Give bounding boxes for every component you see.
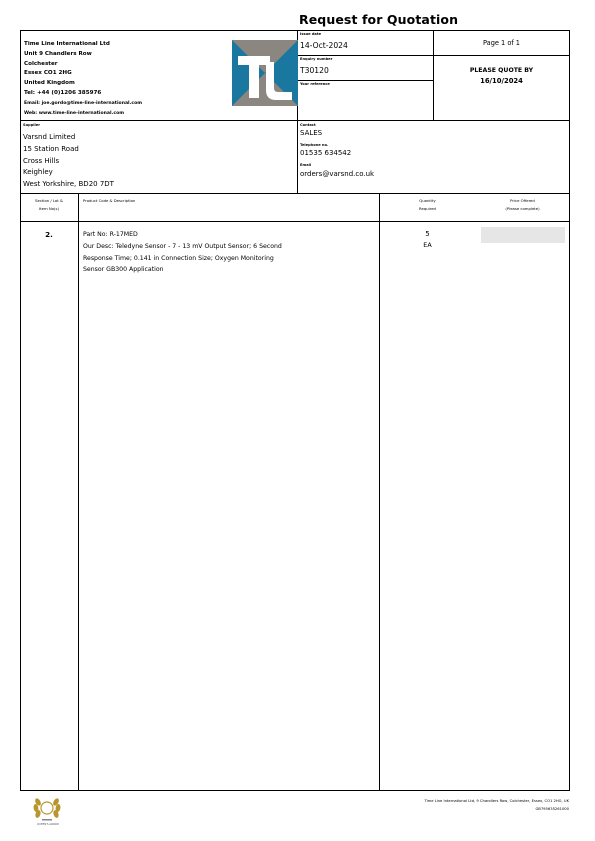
tl-logo-icon: [232, 40, 298, 106]
your-reference-label: Your reference: [300, 82, 330, 86]
description-line: Sensor GB300 Application: [83, 264, 373, 276]
table-header-divider: [20, 221, 570, 222]
email-value: orders@varsnd.co.uk: [300, 170, 374, 178]
items-table: [20, 193, 570, 791]
header-price-offered: Price Offered (Please complete): [475, 197, 570, 212]
item-unit: EA: [390, 241, 465, 249]
footer-address: Time Line International Ltd, 9 Chandlers…: [424, 797, 569, 805]
header-section-lot: Section / Lot & Item No(s): [20, 197, 78, 212]
part-number: Part No: R-17MED: [83, 229, 373, 241]
item-description: Part No: R-17MED Our Desc: Teledyne Sens…: [83, 229, 373, 276]
issuer-line: United Kingdom: [24, 79, 142, 89]
page-indicator: Page 1 of 1: [433, 39, 570, 47]
issuer-email: Email: joe.gordo@time-line-international…: [24, 99, 142, 109]
contact-block: [297, 120, 570, 194]
award-caption: QUEEN'S AWARD: [28, 823, 68, 826]
description-line: Our Desc: Teledyne Sensor - 7 - 13 mV Ou…: [83, 241, 373, 253]
supplier-address: Varsnd Limited 15 Station Road Cross Hil…: [23, 132, 114, 191]
description-line: Response Time; 0.141 in Connection Size;…: [83, 253, 373, 265]
laurel-wreath-award-icon: [30, 792, 64, 826]
footer-reference: GB795635261000: [424, 805, 569, 813]
quote-by-heading: PLEASE QUOTE BY: [433, 67, 570, 74]
telephone-label: Telephone no.: [300, 143, 328, 147]
your-reference-cell: [297, 80, 434, 121]
contact-label: Contact: [300, 123, 316, 127]
issuer-line: Unit 9 Chandlers Row: [24, 50, 142, 60]
header-description: Product Code & Description: [83, 197, 135, 205]
issuer-web: Web: www.time-line-international.com: [24, 109, 142, 119]
footer-address-block: Time Line International Ltd, 9 Chandlers…: [424, 797, 569, 813]
issuer-line: Time Line International Ltd: [24, 40, 142, 50]
supplier-line: Cross Hills: [23, 156, 114, 168]
email-label: Email: [300, 163, 311, 167]
supplier-line: West Yorkshire, BD20 7DT: [23, 179, 114, 191]
item-quantity: 5: [390, 230, 465, 238]
document-title: Request for Quotation: [299, 12, 458, 27]
column-divider: [379, 193, 380, 791]
price-offered-input[interactable]: [481, 227, 565, 243]
header-quantity: Quantity Required: [390, 197, 465, 212]
contact-value: SALES: [300, 129, 322, 137]
quote-by-date: 16/10/2024: [433, 77, 570, 85]
issuer-line: Colchester: [24, 60, 142, 70]
item-number: 2.: [20, 230, 78, 239]
issuer-line: Tel: +44 (0)1206 385976: [24, 89, 142, 99]
supplier-label: Supplier: [23, 123, 40, 127]
enquiry-number-value: T30120: [300, 66, 329, 75]
supplier-line: Varsnd Limited: [23, 132, 114, 144]
supplier-line: 15 Station Road: [23, 144, 114, 156]
issue-date-value: 14-Oct-2024: [300, 41, 348, 50]
supplier-line: Keighley: [23, 167, 114, 179]
column-divider: [78, 193, 79, 791]
issuer-address: Time Line International Ltd Unit 9 Chand…: [24, 40, 142, 118]
enquiry-number-label: Enquiry number: [300, 57, 332, 61]
issuer-line: Essex CO1 2HG: [24, 69, 142, 79]
issue-date-label: Issue date: [300, 32, 321, 36]
telephone-value: 01535 634542: [300, 149, 351, 157]
quote-by-cell: [433, 55, 570, 121]
